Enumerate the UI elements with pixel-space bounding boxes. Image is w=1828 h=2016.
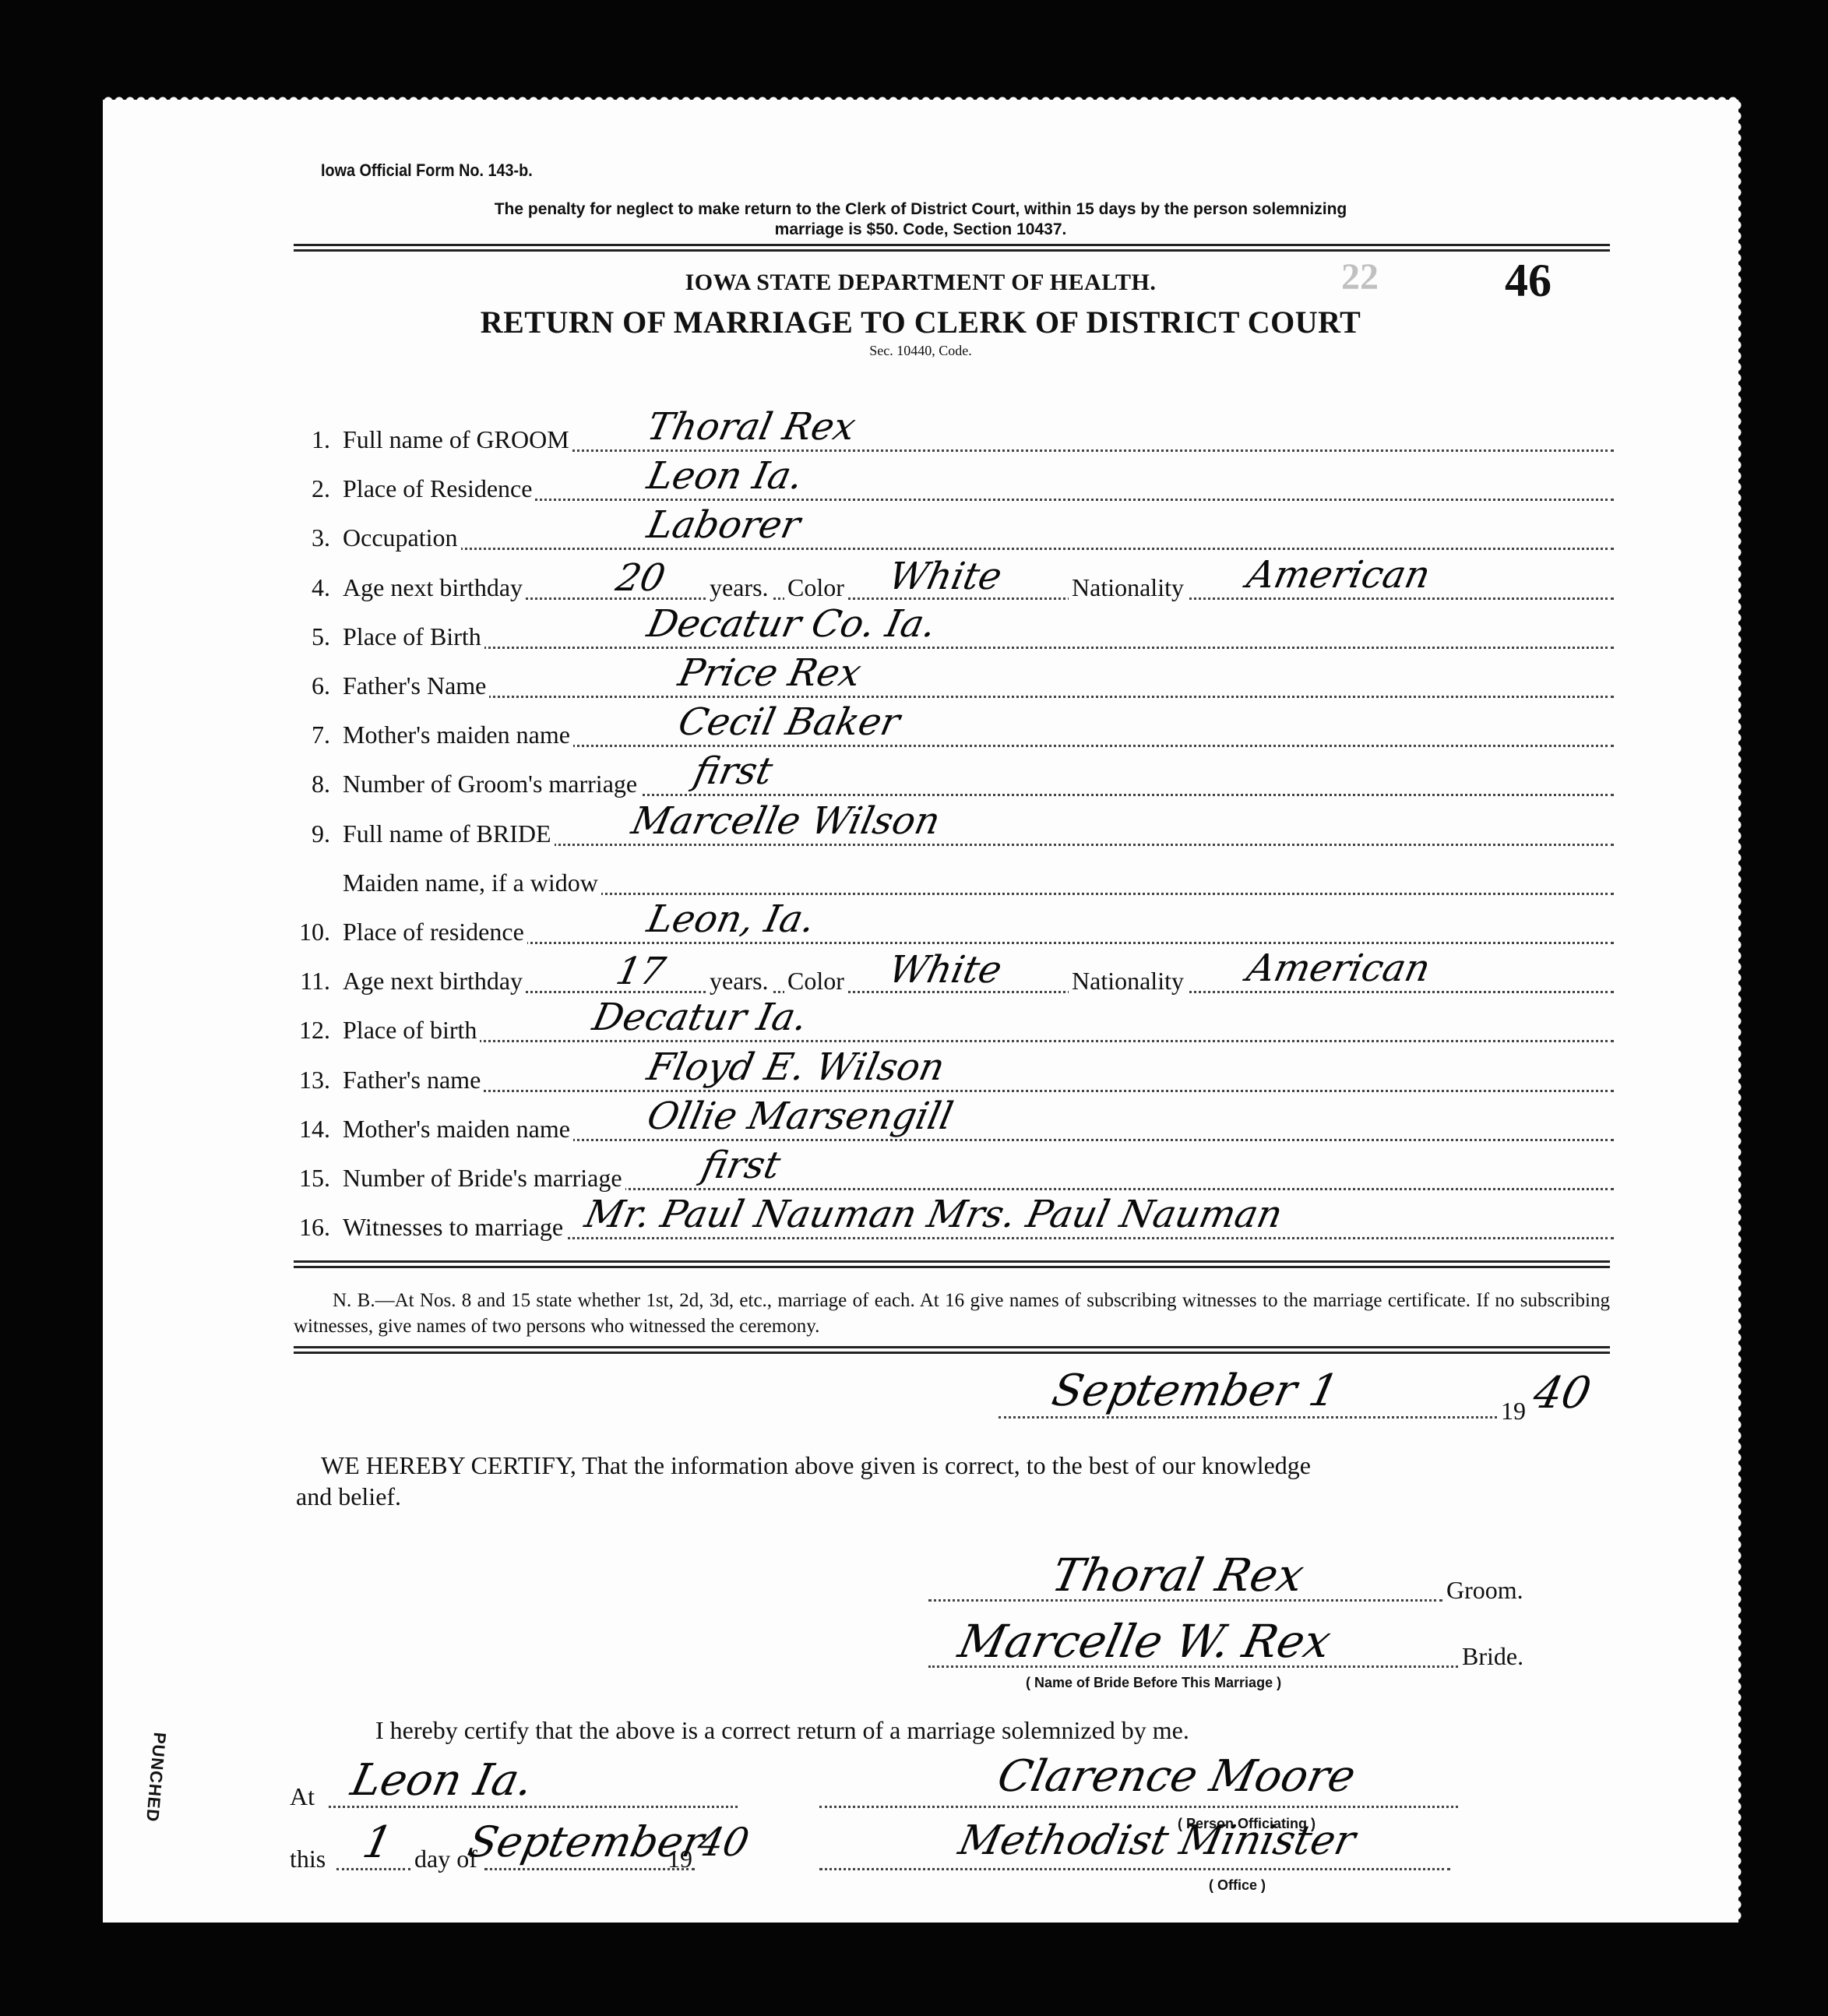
date-year-prefix: 19 — [1501, 1397, 1526, 1426]
instruction-note: N. B.—At Nos. 8 and 15 state whether 1st… — [294, 1288, 1610, 1339]
month-value: September — [463, 1817, 708, 1866]
field-number: 4. — [290, 573, 330, 602]
field-label: Full name of BRIDE — [343, 819, 555, 848]
form-field-row: 3. Occupation Laborer — [290, 523, 1614, 555]
field-number: 12. — [290, 1016, 330, 1045]
form-field-row: 9. Full name of BRIDE Marcelle Wilson — [290, 819, 1614, 851]
field-label: Mother's maiden name — [343, 721, 573, 749]
field-value: Decatur Ia. — [589, 996, 812, 1039]
field-value: Cecil Baker — [674, 700, 903, 744]
field-label: Place of Birth — [343, 622, 484, 651]
field-value: first — [690, 749, 777, 793]
date-year-suffix: 40 — [1529, 1368, 1595, 1419]
officiant-certify-text: I hereby certify that the above is a cor… — [375, 1716, 1189, 1745]
field-label: Occupation — [343, 523, 461, 552]
bride-caption: ( Name of Bride Before This Marriage ) — [1026, 1675, 1281, 1691]
field-label: Maiden name, if a widow — [343, 869, 601, 897]
field-number: 13. — [290, 1066, 330, 1094]
form-field-row: 15. Number of Bride's marriage first — [290, 1164, 1614, 1195]
at-value: Leon Ia. — [347, 1755, 537, 1806]
field-number: 9. — [290, 819, 330, 848]
field-number: 15. — [290, 1164, 330, 1193]
field-label: Witnesses to marriage — [343, 1213, 566, 1242]
field-label: Father's Name — [343, 671, 489, 700]
field-dotline — [343, 548, 1614, 550]
form-field-row: 10. Place of residence Leon, Ia. — [290, 918, 1614, 949]
field-number: 3. — [290, 523, 330, 552]
field-dotline — [343, 1090, 1614, 1092]
month-dotline — [484, 1868, 695, 1870]
field-label: Age next birthday — [343, 573, 526, 602]
color-label: Color — [784, 573, 847, 602]
form-field-row: Maiden name, if a widow — [290, 869, 1614, 900]
field-number: 2. — [290, 474, 330, 503]
officiant-year-suffix: 40 — [694, 1820, 753, 1865]
form-field-row: 4. Age next birthday 20 years.ColorWhite… — [290, 573, 1614, 604]
field-dotline — [343, 696, 1614, 698]
code-reference: Sec. 10440, Code. — [103, 343, 1738, 359]
field-dotline — [343, 647, 1614, 649]
field-number: 7. — [290, 721, 330, 749]
field-value: Decatur Co. Ia. — [643, 602, 940, 646]
penalty-notice-line2: marriage is $50. Code, Section 10437. — [103, 220, 1738, 240]
bride-label: Bride. — [1462, 1642, 1523, 1671]
field-number: 5. — [290, 622, 330, 651]
field-label: Place of residence — [343, 918, 527, 946]
note-bottom-rule — [294, 1346, 1610, 1354]
field-number: 1. — [290, 425, 330, 454]
form-field-row: 1. Full name of GROOM Thoral Rex — [290, 425, 1614, 456]
nationality-value: American — [1243, 946, 1434, 990]
penalty-notice-line1: The penalty for neglect to make return t… — [103, 199, 1738, 220]
field-label: Father's name — [343, 1066, 484, 1094]
years-label: years. — [706, 573, 772, 602]
field-value: Mr. Paul Nauman Mrs. Paul Nauman — [581, 1193, 1286, 1236]
color-value: White — [885, 948, 1006, 992]
form-field-row: 12. Place of birth Decatur Ia. — [290, 1016, 1614, 1047]
form-field-row: 13. Father's name Floyd E. Wilson — [290, 1066, 1614, 1097]
form-field-row: 16. Witnesses to marriage Mr. Paul Nauma… — [290, 1213, 1614, 1244]
field-label: Mother's maiden name — [343, 1115, 573, 1144]
nationality-label: Nationality — [1069, 967, 1187, 996]
office-value: Methodist Minister — [955, 1817, 1360, 1864]
field-value: 17 — [612, 950, 669, 993]
field-label: Number of Bride's marriage — [343, 1164, 625, 1193]
couple-certify-line2: and belief. — [296, 1482, 401, 1511]
form-number: Iowa Official Form No. 143-b. — [321, 160, 533, 181]
field-dotline — [343, 1040, 1614, 1042]
nationality-value: American — [1243, 553, 1434, 597]
field-value: Leon, Ia. — [643, 897, 819, 941]
nationality-label: Nationality — [1069, 573, 1187, 602]
certificate-number: 46 — [1505, 254, 1552, 308]
bride-signature: Marcelle W. Rex — [954, 1615, 1336, 1668]
field-label: Place of Residence — [343, 474, 535, 503]
date-dotline — [999, 1416, 1497, 1419]
marriage-return-form: Iowa Official Form No. 143-b. The penalt… — [103, 100, 1738, 1923]
office-line — [819, 1868, 1450, 1870]
field-value: Leon Ia. — [643, 454, 807, 498]
fields-bottom-rule — [294, 1260, 1610, 1268]
form-field-row: 14. Mother's maiden name Ollie Marsengil… — [290, 1115, 1614, 1146]
field-value: Ollie Marsengill — [643, 1094, 956, 1138]
years-label: years. — [706, 967, 772, 996]
color-value: White — [885, 555, 1006, 598]
form-field-row: 7. Mother's maiden name Cecil Baker — [290, 721, 1614, 752]
office-caption: ( Office ) — [1209, 1877, 1266, 1894]
form-field-row: 6. Father's Name Price Rex — [290, 671, 1614, 703]
field-number: 10. — [290, 918, 330, 946]
field-value: Thoral Rex — [643, 405, 860, 449]
field-value: Marcelle Wilson — [628, 799, 944, 843]
faint-stamp-number: 22 — [1341, 256, 1379, 298]
color-label: Color — [784, 967, 847, 996]
field-number: 14. — [290, 1115, 330, 1144]
department-name: IOWA STATE DEPARTMENT OF HEALTH. — [103, 270, 1738, 296]
penalty-notice: The penalty for neglect to make return t… — [103, 199, 1738, 240]
field-value: Floyd E. Wilson — [643, 1045, 949, 1089]
groom-signature: Thoral Rex — [1048, 1549, 1308, 1602]
field-number: 6. — [290, 671, 330, 700]
at-label: At — [290, 1782, 315, 1811]
field-number: 16. — [290, 1213, 330, 1242]
form-field-row: 5. Place of Birth Decatur Co. Ia. — [290, 622, 1614, 654]
field-number: 8. — [290, 770, 330, 798]
form-title: RETURN OF MARRIAGE TO CLERK OF DISTRICT … — [103, 304, 1738, 340]
at-dotline — [329, 1806, 738, 1808]
form-field-row: 2. Place of Residence Leon Ia. — [290, 474, 1614, 506]
officiant-signature: Clarence Moore — [993, 1751, 1360, 1802]
field-number: 11. — [290, 967, 330, 996]
couple-certify-line1: WE HEREBY CERTIFY, That the information … — [321, 1451, 1311, 1480]
field-dotline — [343, 942, 1614, 944]
field-label: Full name of GROOM — [343, 425, 572, 454]
day-dotline — [336, 1868, 410, 1870]
field-value: first — [698, 1144, 784, 1187]
date-month-day: September 1 — [1048, 1366, 1343, 1416]
field-label: Place of birth — [343, 1016, 480, 1045]
groom-label: Groom. — [1446, 1576, 1523, 1605]
field-value: Price Rex — [674, 651, 865, 695]
form-field-row: 8. Number of Groom's marriage first — [290, 770, 1614, 801]
day-value: 1 — [358, 1817, 396, 1868]
field-label: Number of Groom's marriage — [343, 770, 640, 798]
header-rule — [294, 244, 1610, 252]
field-value: Laborer — [643, 503, 804, 547]
this-label: this — [290, 1845, 326, 1873]
form-field-row: 11. Age next birthday 17 years.ColorWhit… — [290, 967, 1614, 998]
field-label: Age next birthday — [343, 967, 526, 996]
officiant-signature-line — [819, 1806, 1458, 1808]
field-value: 20 — [612, 556, 669, 600]
